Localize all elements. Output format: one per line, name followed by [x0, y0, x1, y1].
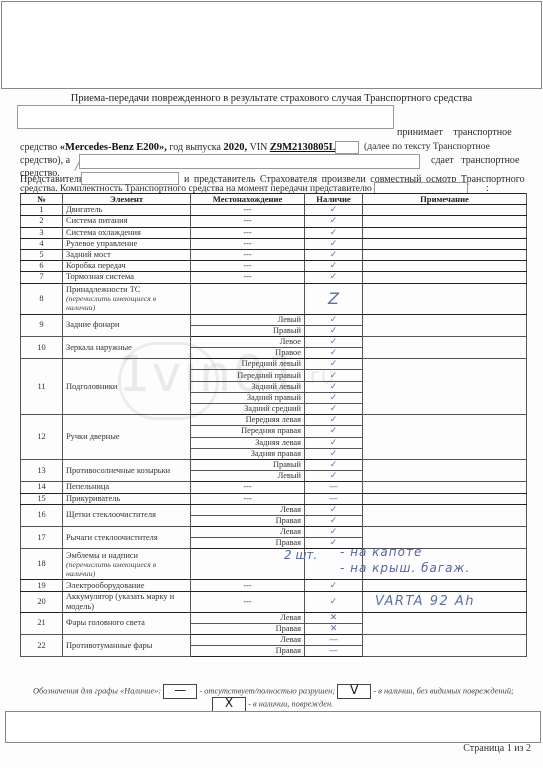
row-note: [363, 415, 527, 460]
row-presence: Z: [305, 283, 363, 314]
row-presence: ✓: [305, 381, 363, 392]
table-row: 21Фары головного светаЛевая✕: [21, 612, 527, 623]
document-title: Приема-передачи поврежденного в результа…: [0, 93, 543, 104]
row-note: [363, 580, 527, 591]
table-row: 20Аккумулятор (указать марку и модель)--…: [21, 591, 527, 612]
row-location: ---: [191, 261, 305, 272]
row-note: [363, 205, 527, 216]
legend-damaged-text: - в наличии, поврежден.: [248, 699, 333, 708]
row-location: ---: [191, 482, 305, 493]
vin-label: VIN: [250, 142, 268, 153]
row-location: Правый: [191, 459, 305, 470]
row-element: Аккумулятор (указать марку и модель): [63, 591, 191, 612]
row-element: Задние фонари: [63, 314, 191, 336]
element-label: Рычаги стеклоочистителя: [66, 533, 158, 542]
element-label: Система охлаждения: [66, 228, 141, 237]
row-element: Щетки стеклоочистителя: [63, 504, 191, 526]
row-location: Задняя левая: [191, 437, 305, 448]
row-presence: ✓: [305, 471, 363, 482]
row-element: Подголовники: [63, 359, 191, 415]
header-presence: Наличие: [305, 194, 363, 205]
element-label: Рулевое управление: [66, 239, 137, 248]
row-number: 4: [21, 238, 63, 249]
row-note: [363, 493, 527, 504]
row-location: Левое: [191, 336, 305, 347]
row-location: ---: [191, 272, 305, 283]
element-label: Прикуриватель: [66, 494, 120, 503]
row-note: VARTA 92 Ah: [363, 591, 527, 612]
transferring-suffix: сдает транспортное: [431, 155, 520, 166]
row-presence: ✓: [305, 227, 363, 238]
row-note: [363, 459, 527, 481]
table-row: 1Двигатель---✓: [21, 205, 527, 216]
row-number: 9: [21, 314, 63, 336]
table-row: 9Задние фонариЛевый✓: [21, 314, 527, 325]
element-label: Принадлежности ТС: [66, 285, 140, 294]
table-row: 2Система питания---✓: [21, 216, 527, 227]
row-element: Эмблемы и надписи(перечислить имеющиеся …: [63, 549, 191, 580]
vehicle-model: «Mercedes-Benz E200»,: [60, 142, 167, 153]
element-label: Аккумулятор (указать марку и модель): [66, 592, 174, 611]
element-label: Тормозная система: [66, 272, 134, 281]
row-presence: ✓: [305, 504, 363, 515]
redacted-transferring-party: [79, 154, 420, 169]
row-presence: ✓: [305, 359, 363, 370]
element-label: Фары головного света: [66, 618, 145, 627]
vehicle-line-suffix: (далее по тексту Транспортное: [364, 141, 490, 152]
row-note: [363, 261, 527, 272]
row-note: [363, 249, 527, 260]
handwritten-emblems-line2: - на крыш. багаж.: [340, 561, 470, 575]
row-element: Зеркала наружные: [63, 336, 191, 358]
table-row: 3Система охлаждения---✓: [21, 227, 527, 238]
row-presence: ✓: [305, 527, 363, 538]
row-location: Левая: [191, 635, 305, 646]
table-row: 17Рычаги стеклоочистителяЛевая✓: [21, 527, 527, 538]
table-row: 13Противосолнечные козырькиПравый✓: [21, 459, 527, 470]
table-row: 15Прикуриватель---—: [21, 493, 527, 504]
row-presence: ✕: [305, 623, 363, 634]
row-number: 17: [21, 527, 63, 549]
header-note: Примечание: [363, 194, 527, 205]
row-location: ---: [191, 493, 305, 504]
row-presence: ✓: [305, 348, 363, 359]
row-presence: ✕: [305, 612, 363, 623]
row-location: Правая: [191, 646, 305, 657]
element-label: Коробка передач: [66, 261, 126, 270]
row-presence: ✓: [305, 591, 363, 612]
row-presence: ✓: [305, 392, 363, 403]
row-number: 18: [21, 549, 63, 580]
row-presence: ✓: [305, 404, 363, 415]
element-label: Двигатель: [66, 205, 102, 214]
row-element: Система охлаждения: [63, 227, 191, 238]
row-presence: ✓: [305, 325, 363, 336]
row-number: 8: [21, 283, 63, 314]
row-location: ---: [191, 591, 305, 612]
row-location: Передняя правая: [191, 426, 305, 437]
row-element: Коробка передач: [63, 261, 191, 272]
row-presence: ✓: [305, 216, 363, 227]
row-presence: ✓: [305, 580, 363, 591]
row-location: Задняя правая: [191, 448, 305, 459]
row-presence: ✓: [305, 426, 363, 437]
year-label: год выпуска: [169, 142, 221, 153]
redacted-header-block: [1, 1, 542, 89]
row-element: Принадлежности ТС(перечислить имеющиеся …: [63, 283, 191, 314]
row-location: Левая: [191, 527, 305, 538]
row-location: Передний левый: [191, 359, 305, 370]
row-presence: ✓: [305, 314, 363, 325]
table-row: 14Пепельница---—: [21, 482, 527, 493]
element-label: Противосолнечные козырьки: [66, 466, 170, 475]
element-sublabel: (перечислить имеющиеся в наличии): [66, 294, 187, 312]
table-row: 10Зеркала наружныеЛевое✓: [21, 336, 527, 347]
row-number: 16: [21, 504, 63, 526]
table-header-row: № Элемент Местонахождение Наличие Примеч…: [21, 194, 527, 205]
row-note: [363, 336, 527, 358]
row-location: [191, 283, 305, 314]
row-number: 20: [21, 591, 63, 612]
redacted-vin-tail: [335, 141, 359, 154]
header-number: №: [21, 194, 63, 205]
row-element: Двигатель: [63, 205, 191, 216]
row-number: 19: [21, 580, 63, 591]
legend-ok-text: - в наличии, без видимых повреждений;: [373, 686, 513, 695]
legend-absent-text: - отсутствует/полностью разрушен;: [199, 686, 335, 695]
row-note: [363, 359, 527, 415]
row-location: Правая: [191, 515, 305, 526]
row-number: 5: [21, 249, 63, 260]
row-presence: ✓: [305, 261, 363, 272]
row-number: 12: [21, 415, 63, 460]
vehicle-prefix: средство: [20, 142, 57, 153]
element-label: Задние фонари: [66, 320, 119, 329]
element-label: Пепельница: [66, 482, 109, 491]
row-note: [363, 283, 527, 314]
table-row: 12Ручки дверныеПередняя левая✓: [21, 415, 527, 426]
row-number: 6: [21, 261, 63, 272]
row-location: Левая: [191, 504, 305, 515]
row-location: ---: [191, 227, 305, 238]
legend-prefix: Обозначения для графы «Наличие»:: [33, 686, 161, 695]
row-number: 21: [21, 612, 63, 634]
row-presence: ✓: [305, 249, 363, 260]
pen-stroke: /: [75, 160, 79, 173]
table-row: 7Тормозная система---✓: [21, 272, 527, 283]
element-label: Подголовники: [66, 382, 117, 391]
cross-icon: X: [213, 696, 245, 710]
row-number: 2: [21, 216, 63, 227]
row-location: Передний правый: [191, 370, 305, 381]
checkmark-icon: V: [338, 683, 370, 697]
row-presence: —: [305, 493, 363, 504]
element-label: Система питания: [66, 216, 127, 225]
row-presence: ✓: [305, 205, 363, 216]
table-row: 6Коробка передач---✓: [21, 261, 527, 272]
row-note: [363, 612, 527, 634]
row-element: Пепельница: [63, 482, 191, 493]
row-location: Левая: [191, 612, 305, 623]
row-location: ---: [191, 249, 305, 260]
element-label: Щетки стеклоочистителя: [66, 510, 156, 519]
completeness-table: № Элемент Местонахождение Наличие Примеч…: [20, 193, 527, 657]
row-presence: —: [305, 646, 363, 657]
header-location: Местонахождение: [191, 194, 305, 205]
dash-icon: —: [164, 683, 196, 697]
row-element: Противосолнечные козырьки: [63, 459, 191, 481]
element-label: Зеркала наружные: [66, 343, 132, 352]
accepts-text: принимает транспортное: [397, 127, 512, 138]
element-label: Противотуманные фары: [66, 641, 152, 650]
row-note: [363, 227, 527, 238]
row-presence: ✓: [305, 336, 363, 347]
row-location: Правый: [191, 325, 305, 336]
row-note: [363, 635, 527, 657]
row-presence: ✓: [305, 415, 363, 426]
handwritten-emblems-count: 2 шт.: [284, 548, 317, 562]
row-location: Задний левый: [191, 381, 305, 392]
row-number: 10: [21, 336, 63, 358]
row-location: Правое: [191, 348, 305, 359]
row-presence: ✓: [305, 437, 363, 448]
row-presence: ✓: [305, 448, 363, 459]
handwritten-emblems-line1: - на капоте: [340, 545, 422, 559]
row-presence: ✓: [305, 238, 363, 249]
row-presence: ✓: [305, 272, 363, 283]
row-element: Система питания: [63, 216, 191, 227]
row-element: Противотуманные фары: [63, 635, 191, 657]
row-presence: —: [305, 482, 363, 493]
row-presence: ✓: [305, 515, 363, 526]
row-element: Рулевое управление: [63, 238, 191, 249]
redacted-receiving-party: [17, 105, 394, 129]
row-location: Задний правый: [191, 392, 305, 403]
row-presence: —: [305, 635, 363, 646]
row-presence: ✓: [305, 459, 363, 470]
transferring-prefix: средство), а: [20, 155, 70, 166]
row-location: Передняя левая: [191, 415, 305, 426]
row-note: [363, 272, 527, 283]
legend-absent-box: —: [163, 684, 197, 699]
row-element: Прикуриватель: [63, 493, 191, 504]
row-location: Левый: [191, 471, 305, 482]
element-sublabel: (перечислить имеющиеся в наличии): [66, 560, 187, 578]
page-number: Страница 1 из 2: [463, 743, 531, 754]
row-note: [363, 314, 527, 336]
row-number: 11: [21, 359, 63, 415]
table-row: 5Задний мост---✓: [21, 249, 527, 260]
row-location: Левый: [191, 314, 305, 325]
row-element: Фары головного света: [63, 612, 191, 634]
element-label: Эмблемы и надписи: [66, 551, 138, 560]
table-row: 11ПодголовникиПередний левый✓: [21, 359, 527, 370]
row-number: 22: [21, 635, 63, 657]
redacted-signature-block: [5, 711, 541, 743]
row-element: Ручки дверные: [63, 415, 191, 460]
legend-damaged-box: X: [212, 697, 246, 712]
table-row: 8Принадлежности ТС(перечислить имеющиеся…: [21, 283, 527, 314]
table-row: 19Электрооборудование---✓: [21, 580, 527, 591]
row-number: 3: [21, 227, 63, 238]
row-element: Электрооборудование: [63, 580, 191, 591]
vehicle-year: 2020,: [223, 142, 247, 153]
element-label: Электрооборудование: [66, 581, 144, 590]
row-presence: ✓: [305, 370, 363, 381]
row-location: ---: [191, 216, 305, 227]
row-location: ---: [191, 205, 305, 216]
row-element: Тормозная система: [63, 272, 191, 283]
row-number: 14: [21, 482, 63, 493]
row-element: Задний мост: [63, 249, 191, 260]
row-number: 7: [21, 272, 63, 283]
legend-ok-box: V: [337, 684, 371, 699]
row-location: ---: [191, 238, 305, 249]
row-location: ---: [191, 580, 305, 591]
element-label: Задний мост: [66, 250, 111, 259]
row-note: [363, 504, 527, 526]
row-number: 1: [21, 205, 63, 216]
table-row: 22Противотуманные фарыЛевая—: [21, 635, 527, 646]
row-note: [363, 216, 527, 227]
presence-legend-line2: X - в наличии, поврежден.: [212, 697, 333, 712]
table-row: 4Рулевое управление---✓: [21, 238, 527, 249]
row-note: [363, 238, 527, 249]
row-location: Правая: [191, 623, 305, 634]
table-row: 16Щетки стеклоочистителяЛевая✓: [21, 504, 527, 515]
row-note: [363, 482, 527, 493]
row-number: 13: [21, 459, 63, 481]
row-location: Задний средний: [191, 404, 305, 415]
element-label: Ручки дверные: [66, 432, 120, 441]
header-element: Элемент: [63, 194, 191, 205]
row-element: Рычаги стеклоочистителя: [63, 527, 191, 549]
row-number: 15: [21, 493, 63, 504]
